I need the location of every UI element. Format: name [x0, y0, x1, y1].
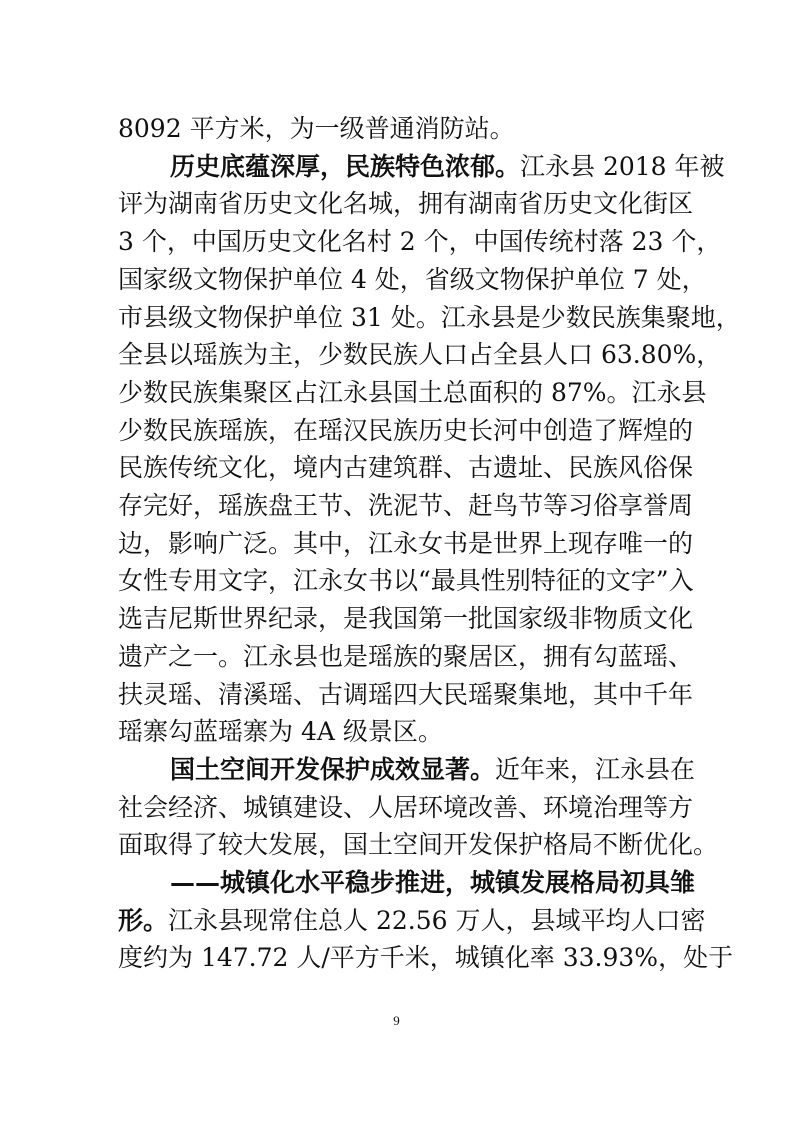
- line-text: 存完好，瑶族盘王节、洗泥节、赶鸟节等习俗享誉周: [118, 491, 693, 520]
- text-line: 国家级文物保护单位 4 处，省级文物保护单位 7 处，: [118, 264, 674, 296]
- text-line: 瑶寨勾蓝瑶寨为 4A 级景区。: [118, 716, 674, 748]
- line-text: 民族传统文化，境内古建筑群、古遗址、民族风俗保: [118, 453, 693, 482]
- line-text: 评为湖南省历史文化名城，拥有湖南省历史文化街区: [118, 189, 693, 218]
- line-text: 扶灵瑶、清溪瑶、古调瑶四大民瑶聚集地，其中千年: [118, 680, 693, 709]
- line-text: 全县以瑶族为主，少数民族人口占全县人口 63.80%，: [118, 340, 721, 369]
- text-line: 边，影响广泛。其中，江永女书是世界上现存唯一的: [118, 528, 674, 560]
- line-text: 遗产之一。江永县也是瑶族的聚居区，拥有勾蓝瑶、: [118, 642, 693, 671]
- bold-heading: 历史底蕴深厚，民族特色浓郁。: [170, 152, 520, 181]
- line-text: 边，影响广泛。其中，江永女书是世界上现存唯一的: [118, 529, 693, 558]
- text-line: 市县级文物保护单位 31 处。江永县是少数民族集聚地，: [118, 302, 674, 334]
- text-line: 民族传统文化，境内古建筑群、古遗址、民族风俗保: [118, 452, 674, 484]
- bold-heading: 国土空间开发保护成效显著。: [170, 755, 495, 784]
- line-text: 度约为 147.72 人/平方千米，城镇化率 33.93%，处于: [118, 943, 733, 972]
- text-line: 8092 平方米，为一级普通消防站。: [118, 113, 674, 145]
- bold-heading: ——城镇化水平稳步推进，城镇发展格局初具雏: [170, 868, 695, 897]
- line-text: 江永县现常住总人 22.56 万人，县域平均人口密: [168, 906, 705, 935]
- text-line: 社会经济、城镇建设、人居环境改善、环境治理等方: [118, 792, 674, 824]
- text-line: 少数民族集聚区占江永县国土总面积的 87%。江永县: [118, 377, 674, 409]
- document-page: 8092 平方米，为一级普通消防站。历史底蕴深厚，民族特色浓郁。江永县 2018…: [0, 0, 793, 1122]
- text-line: 扶灵瑶、清溪瑶、古调瑶四大民瑶聚集地，其中千年: [118, 679, 674, 711]
- line-text: 选吉尼斯世界纪录，是我国第一批国家级非物质文化: [118, 604, 693, 633]
- text-line: 选吉尼斯世界纪录，是我国第一批国家级非物质文化: [118, 603, 674, 635]
- line-text: 国家级文物保护单位 4 处，省级文物保护单位 7 处，: [118, 265, 707, 294]
- line-text: 少数民族瑶族，在瑶汉民族历史长河中创造了辉煌的: [118, 416, 693, 445]
- text-line: 形。江永县现常住总人 22.56 万人，县域平均人口密: [118, 905, 674, 937]
- text-line: 度约为 147.72 人/平方千米，城镇化率 33.93%，处于: [118, 942, 674, 974]
- text-line: 历史底蕴深厚，民族特色浓郁。江永县 2018 年被: [170, 151, 674, 183]
- line-text: 面取得了较大发展，国土空间开发保护格局不断优化。: [118, 830, 718, 859]
- text-line: 国土空间开发保护成效显著。近年来，江永县在: [170, 754, 674, 786]
- line-text: 8092 平方米，为一级普通消防站。: [118, 114, 515, 143]
- text-line: 女性专用文字，江永女书以“最具性别特征的文字”入: [118, 565, 674, 597]
- line-text: 少数民族集聚区占江永县国土总面积的 87%。江永县: [118, 378, 707, 407]
- line-text: 3 个，中国历史文化名村 2 个，中国传统村落 23 个，: [118, 227, 721, 256]
- text-line: 存完好，瑶族盘王节、洗泥节、赶鸟节等习俗享誉周: [118, 490, 674, 522]
- line-text: 瑶寨勾蓝瑶寨为 4A 级景区。: [118, 717, 443, 746]
- page-number: 9: [0, 1013, 793, 1029]
- line-text: 近年来，江永县在: [495, 755, 695, 784]
- text-line: ——城镇化水平稳步推进，城镇发展格局初具雏: [170, 867, 674, 899]
- text-line: 面取得了较大发展，国土空间开发保护格局不断优化。: [118, 829, 674, 861]
- text-line: 全县以瑶族为主，少数民族人口占全县人口 63.80%，: [118, 339, 674, 371]
- text-line: 遗产之一。江永县也是瑶族的聚居区，拥有勾蓝瑶、: [118, 641, 674, 673]
- line-text: 市县级文物保护单位 31 处。江永县是少数民族集聚地，: [118, 303, 741, 332]
- bold-heading: 形。: [118, 906, 168, 935]
- text-line: 少数民族瑶族，在瑶汉民族历史长河中创造了辉煌的: [118, 415, 674, 447]
- text-line: 评为湖南省历史文化名城，拥有湖南省历史文化街区: [118, 188, 674, 220]
- line-text: 社会经济、城镇建设、人居环境改善、环境治理等方: [118, 793, 693, 822]
- text-line: 3 个，中国历史文化名村 2 个，中国传统村落 23 个，: [118, 226, 674, 258]
- line-text: 江永县 2018 年被: [520, 152, 725, 181]
- line-text: 女性专用文字，江永女书以“最具性别特征的文字”入: [118, 566, 694, 595]
